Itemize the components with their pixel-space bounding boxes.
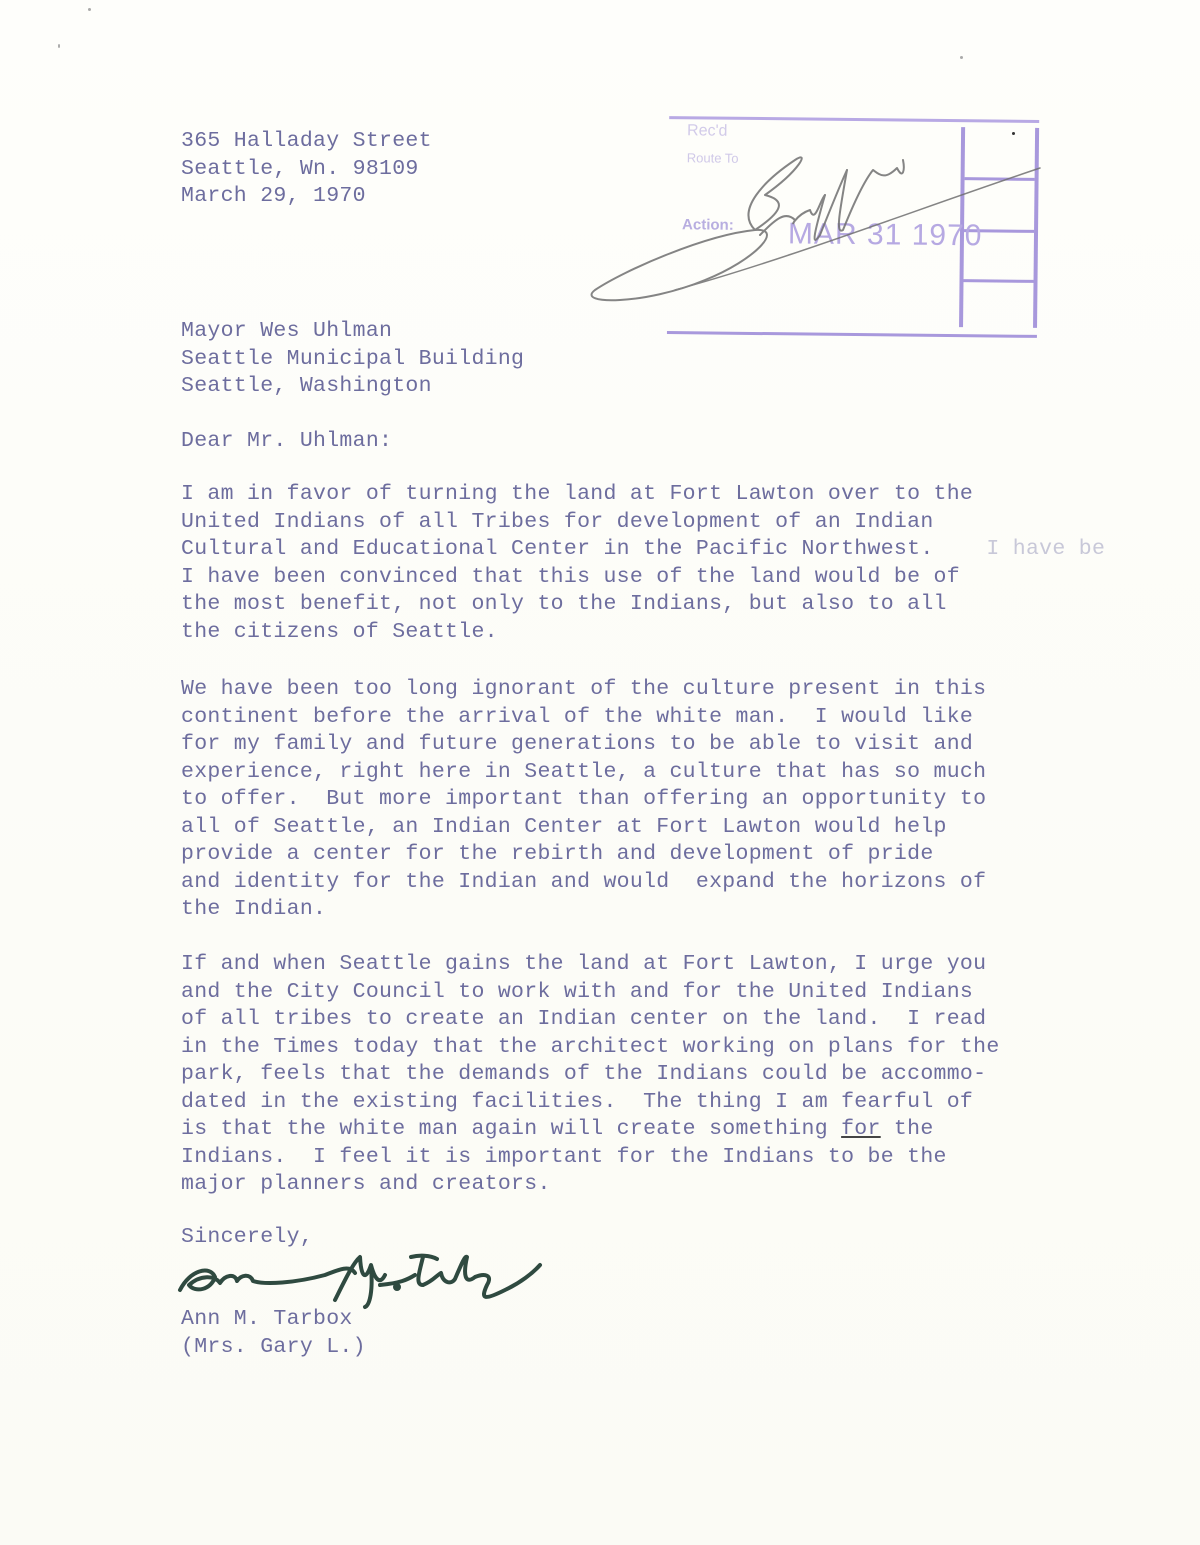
recipient-building: Seattle Municipal Building [181, 346, 524, 374]
paragraph-line: major planners and creators. [181, 1171, 1000, 1199]
paragraph-line: continent before the arrival of the whit… [181, 704, 986, 732]
letter-date: March 29, 1970 [181, 183, 432, 211]
paragraph-line: and identity for the Indian and would ex… [181, 869, 986, 897]
stamp-received-label: Rec'd [687, 122, 728, 140]
paper-speck [58, 44, 60, 48]
pencil-initials-signature [585, 140, 1045, 310]
paragraph-line: experience, right here in Seattle, a cul… [181, 759, 986, 787]
recipient-address: Mayor Wes Uhlman Seattle Municipal Build… [181, 318, 524, 401]
paragraph-line: I have been convinced that this use of t… [181, 564, 1105, 592]
sender-street: 365 Halladay Street [181, 128, 432, 156]
paragraph-line: the citizens of Seattle. [181, 619, 1105, 647]
paragraph-line: is that the white man again will create … [181, 1116, 1000, 1144]
sender-address: 365 Halladay Street Seattle, Wn. 98109 M… [181, 128, 432, 211]
paragraph-line-text: is that the white man again will create … [181, 1117, 841, 1141]
body-paragraph-2: We have been too long ignorant of the cu… [181, 676, 986, 924]
paragraph-line: all of Seattle, an Indian Center at Fort… [181, 814, 986, 842]
paragraph-line-tail: the [881, 1117, 934, 1141]
letter-page: 365 Halladay Street Seattle, Wn. 98109 M… [0, 0, 1200, 1545]
paragraph-line: Indians. I feel it is important for the … [181, 1144, 1000, 1172]
salutation-text: Dear Mr. Uhlman: [181, 428, 392, 456]
paragraph-line: and the City Council to work with and fo… [181, 979, 1000, 1007]
paper-speck [88, 8, 91, 11]
sender-city: Seattle, Wn. 98109 [181, 156, 432, 184]
paragraph-line: for my family and future generations to … [181, 731, 986, 759]
paragraph-line: to offer. But more important than offeri… [181, 786, 986, 814]
paragraph-line-text: Cultural and Educational Center in the P… [181, 537, 934, 561]
paragraph-line: Cultural and Educational Center in the P… [181, 536, 1105, 564]
faint-overtype-text [934, 537, 987, 561]
body-paragraph-1: I am in favor of turning the land at For… [181, 481, 1105, 646]
salutation: Dear Mr. Uhlman: [181, 428, 392, 456]
paragraph-line: in the Times today that the architect wo… [181, 1034, 1000, 1062]
recipient-name: Mayor Wes Uhlman [181, 318, 524, 346]
signer-name: Ann M. Tarbox [181, 1306, 366, 1334]
paragraph-line: park, feels that the demands of the Indi… [181, 1061, 1000, 1089]
body-paragraph-3: If and when Seattle gains the land at Fo… [181, 951, 1000, 1199]
underlined-word: for [841, 1117, 881, 1141]
faint-overtype-text: I have be [986, 537, 1105, 561]
recipient-city: Seattle, Washington [181, 373, 524, 401]
paragraph-line: the Indian. [181, 896, 986, 924]
paper-speck [960, 56, 963, 59]
paragraph-line: of all tribes to create an Indian center… [181, 1006, 1000, 1034]
signer-note: (Mrs. Gary L.) [181, 1334, 366, 1362]
paragraph-line: United Indians of all Tribes for develop… [181, 509, 1105, 537]
paragraph-line: I am in favor of turning the land at For… [181, 481, 1105, 509]
paragraph-line: dated in the existing facilities. The th… [181, 1089, 1000, 1117]
paragraph-line: the most benefit, not only to the Indian… [181, 591, 1105, 619]
signer-block: Ann M. Tarbox (Mrs. Gary L.) [181, 1306, 366, 1361]
paragraph-line: provide a center for the rebirth and dev… [181, 841, 986, 869]
paragraph-line: If and when Seattle gains the land at Fo… [181, 951, 1000, 979]
paragraph-line: We have been too long ignorant of the cu… [181, 676, 986, 704]
